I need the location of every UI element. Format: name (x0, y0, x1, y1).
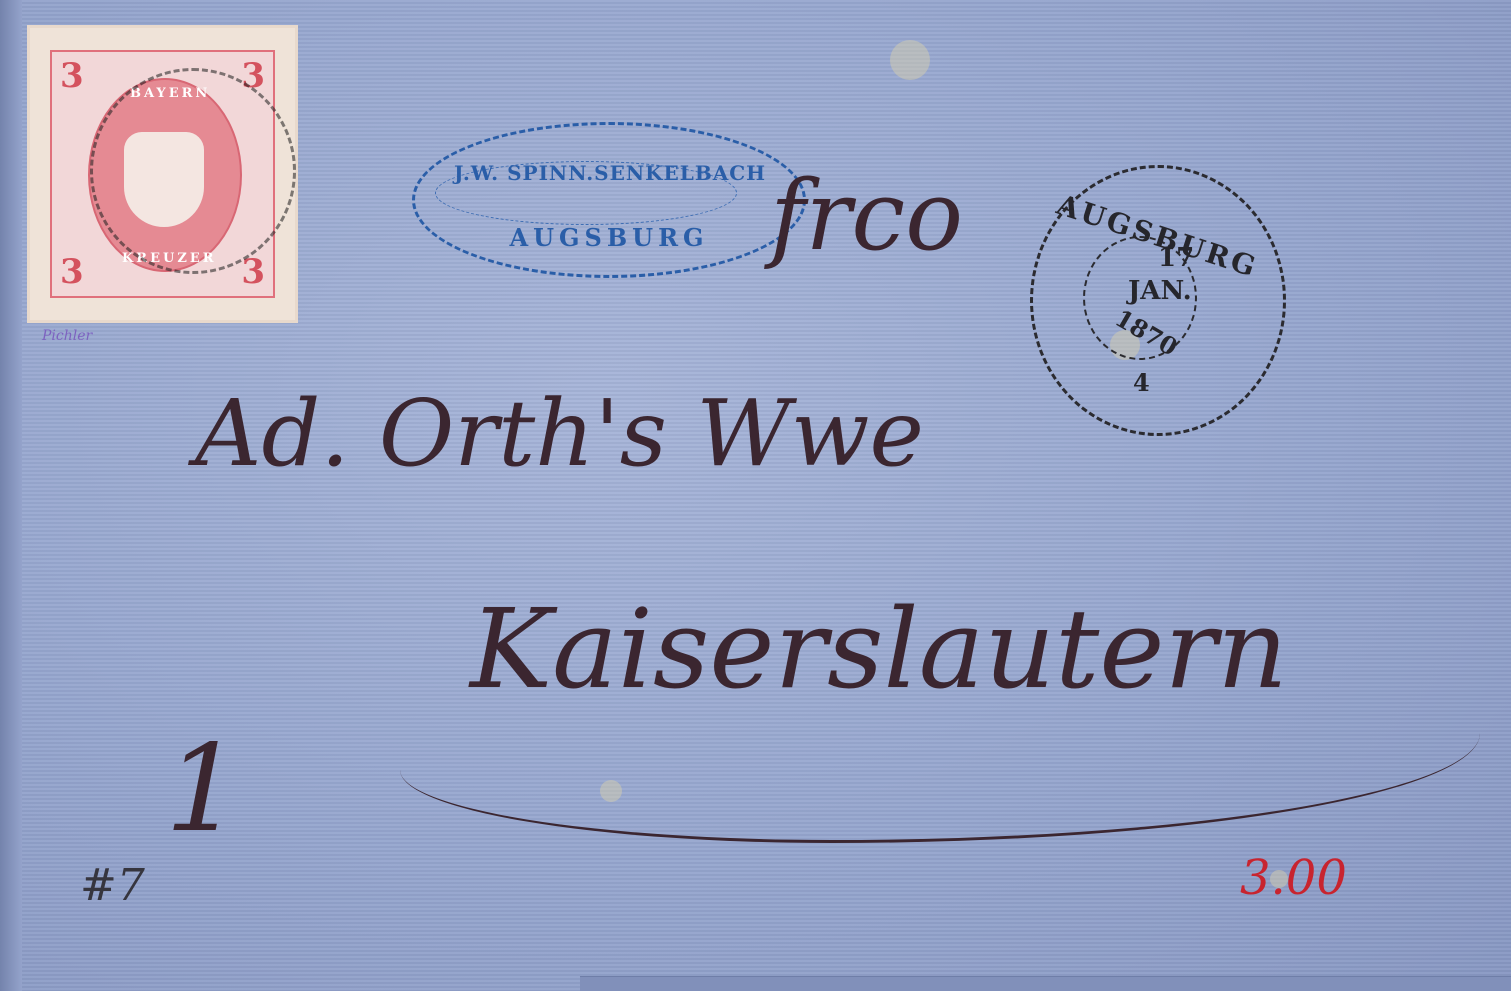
postmark-day: 17 (1158, 243, 1194, 273)
stamp-denomination: 3 (60, 252, 84, 292)
sender-cachet: J.W. SPINN.SENKELBACH AUGSBURG (412, 122, 806, 278)
red-crayon-note: 3.00 (1240, 850, 1347, 906)
pencil-note: Pichler (42, 328, 92, 344)
stamp-cancellation (90, 68, 296, 274)
reference-number: #7 (80, 860, 145, 911)
franco-notation: frco (770, 160, 963, 272)
cover-left-edge (0, 0, 22, 991)
addressee: Ad. Orth's Wwe (195, 380, 924, 487)
paper-stain (890, 40, 930, 80)
cover-fold (580, 976, 1511, 991)
cachet-company: J.W. SPINN.SENKELBACH (435, 161, 785, 185)
tax-mark: 1 (165, 720, 241, 859)
postmark-hour: 4 (1133, 368, 1150, 397)
envelope-cover: 3 3 3 3 BAYERN KREUZER Pichler J.W. SPIN… (0, 0, 1511, 991)
underline-flourish (400, 660, 1480, 843)
postage-stamp: 3 3 3 3 BAYERN KREUZER (30, 28, 295, 320)
cachet-city: AUGSBURG (415, 223, 803, 252)
stamp-denomination: 3 (60, 56, 84, 96)
postmark: AUGSBURG 17 JAN. 1870 4 (1030, 165, 1286, 436)
postmark-month: JAN. (1128, 276, 1192, 306)
